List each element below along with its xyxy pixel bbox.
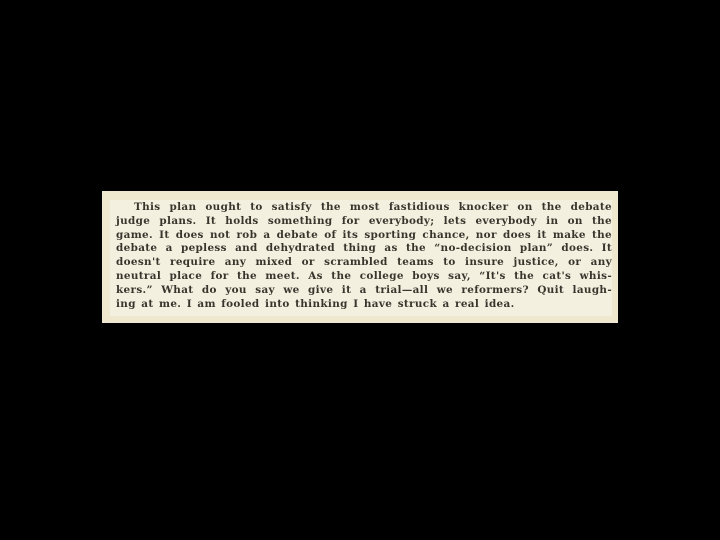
text-line: kers.” What do you say we give it a tria… <box>116 284 612 298</box>
text-line: ing at me. I am fooled into thinking I h… <box>116 298 612 312</box>
newspaper-clipping: This plan ought to satisfy the most fast… <box>102 191 618 323</box>
text-line: This plan ought to satisfy the most fast… <box>116 201 612 215</box>
text-line: neutral place for the meet. As the colle… <box>116 270 612 284</box>
text-line: game. It does not rob a debate of its sp… <box>116 229 612 243</box>
clipping-paragraph: This plan ought to satisfy the most fast… <box>116 201 612 311</box>
text-line: debate a pepless and dehydrated thing as… <box>116 242 612 256</box>
text-line: judge plans. It holds something for ever… <box>116 215 612 229</box>
text-line: doesn't require any mixed or scrambled t… <box>116 256 612 270</box>
